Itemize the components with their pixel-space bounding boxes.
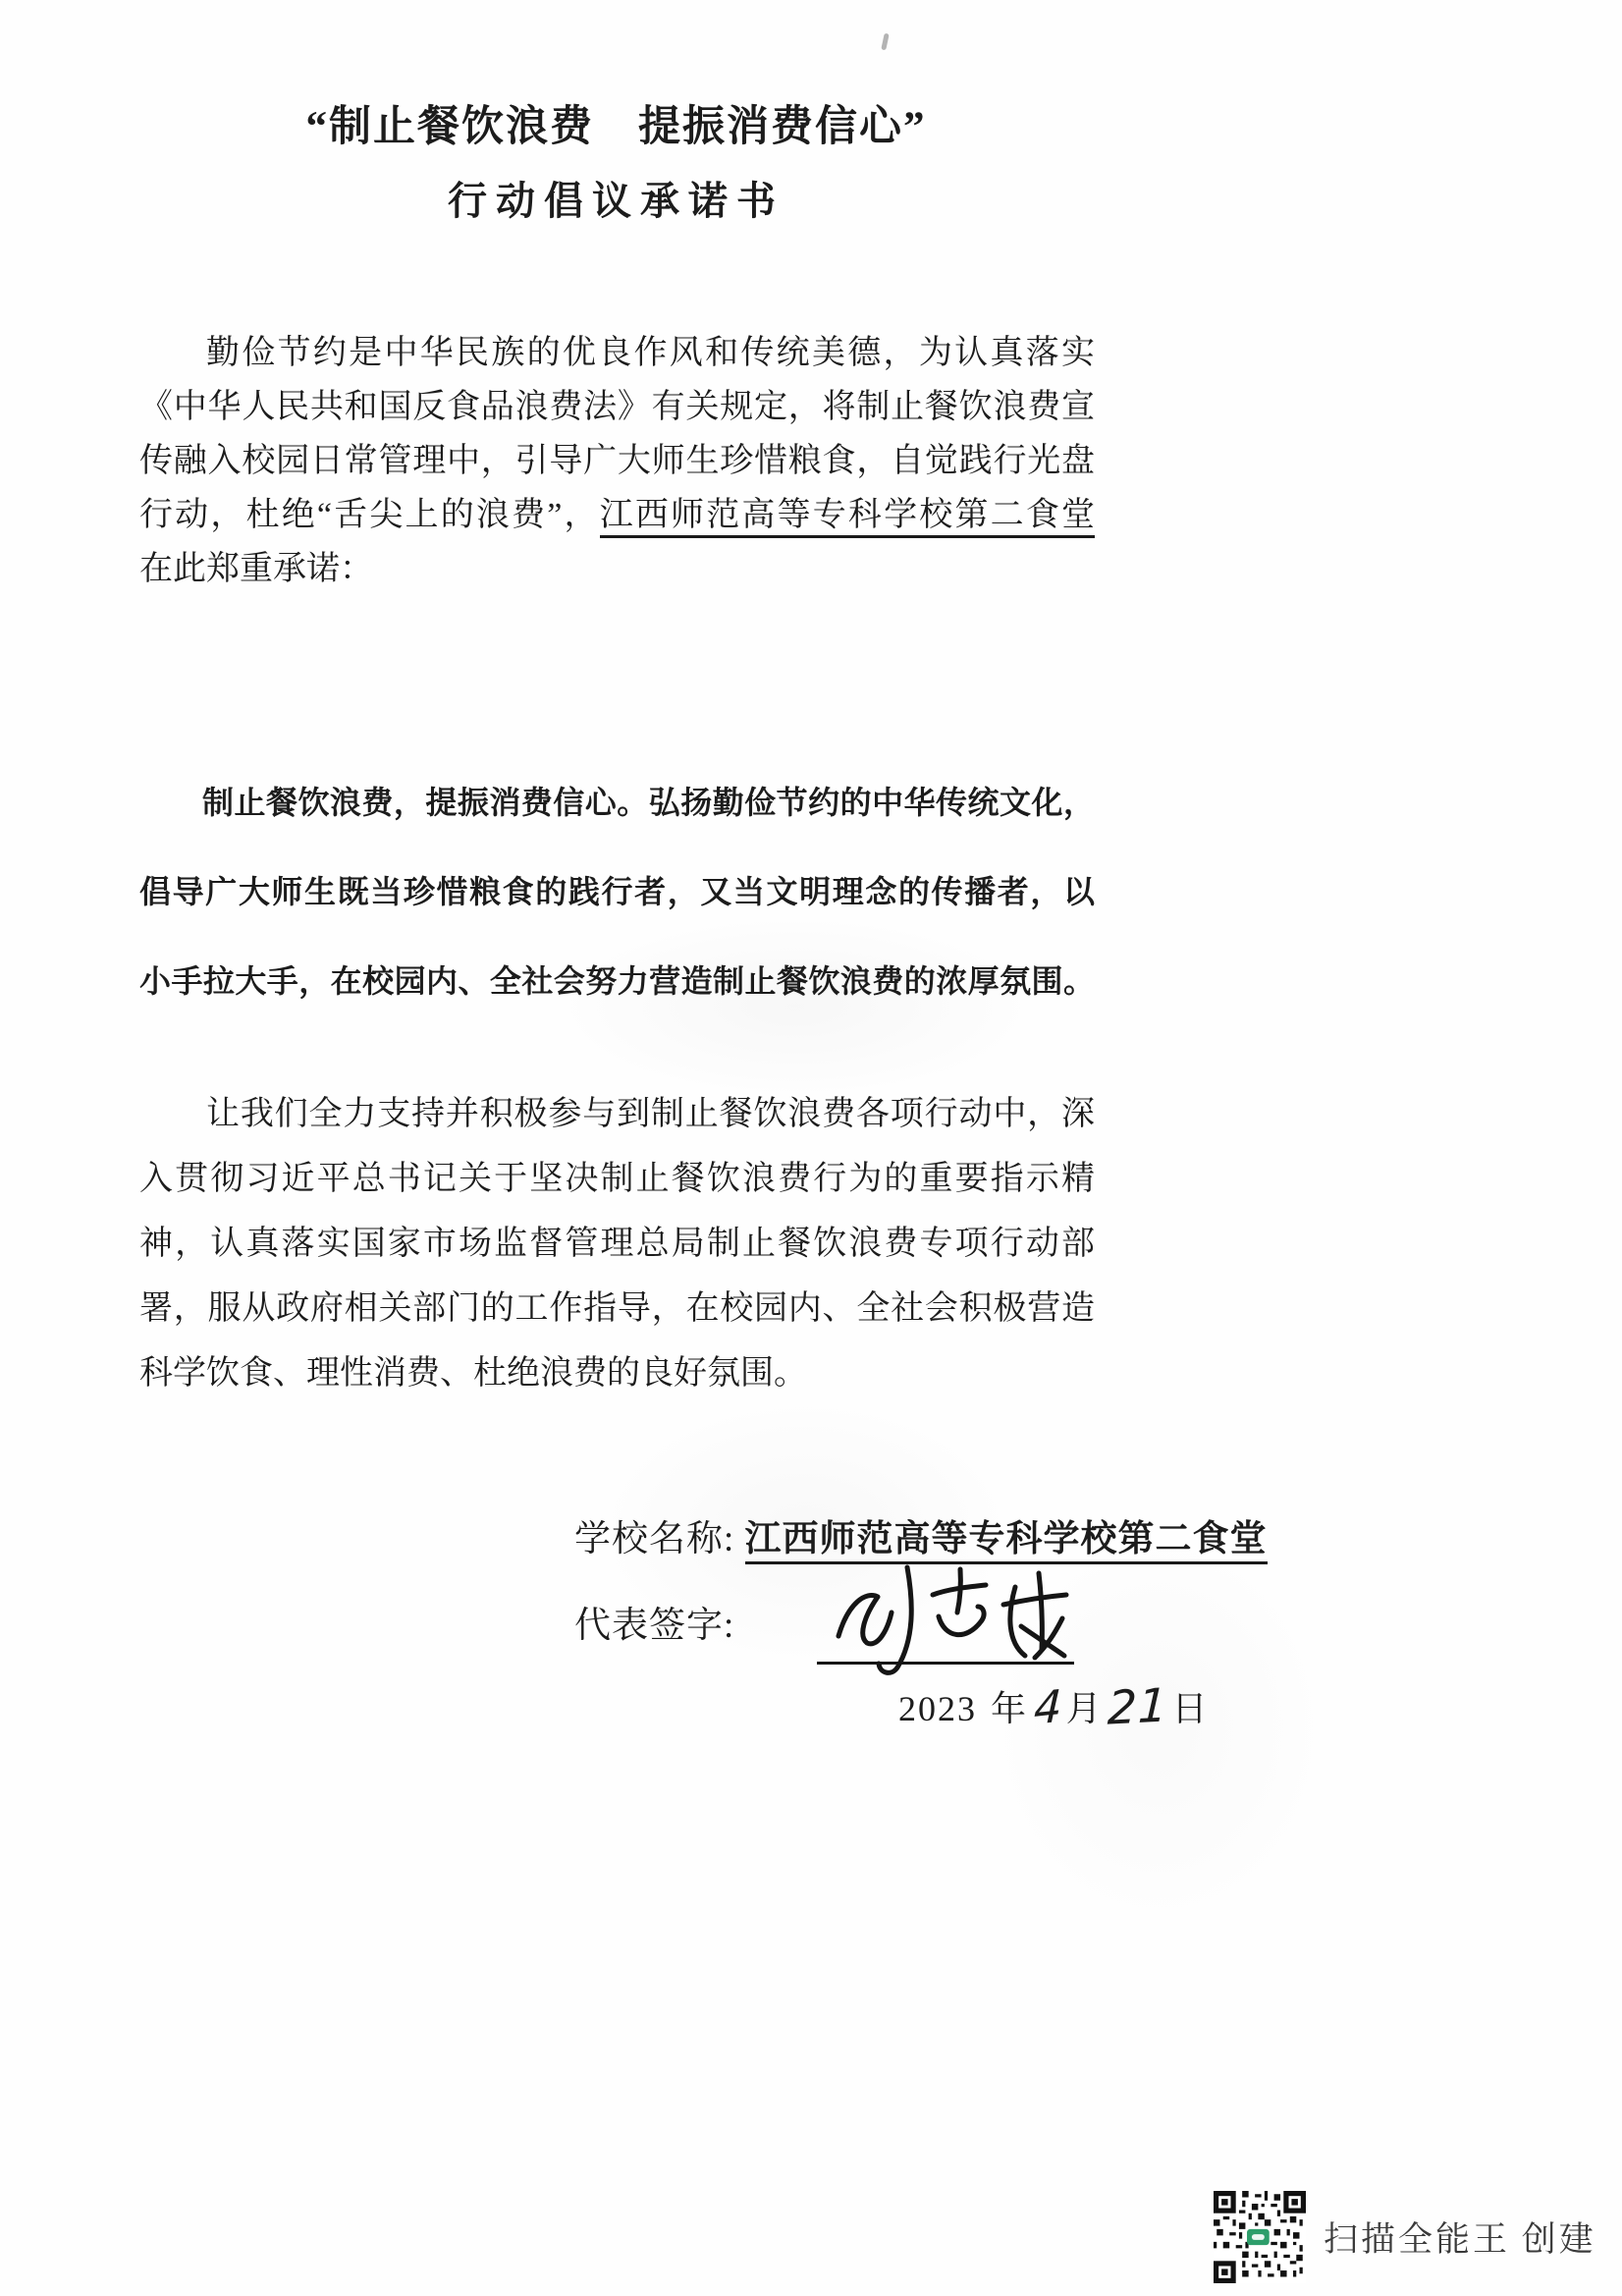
paragraph-lines: 让我们全力支持并积极参与到制止餐饮浪费各项行动中，深入贯彻习近平总书记关于坚决制…	[139, 1082, 1095, 1406]
school-name-value: 江西师范高等专科学校第二食堂	[745, 1519, 1268, 1564]
scanner-footer: 扫描全能王 创建	[1214, 2190, 1596, 2284]
date-month-handwritten: 4	[1033, 1683, 1064, 1731]
scanned-document-page: “制止餐饮浪费 提振消费信心” 行动倡议承诺书 勤俭节约是中华民族的优良作风和传…	[0, 0, 1622, 2296]
text-line: 行动，杜绝“舌尖上的浪费”，江西师范高等专科学校第二食堂	[139, 488, 1095, 542]
text-line: 神，认真落实国家市场监督管理总局制止餐饮浪费专项行动部	[139, 1212, 1095, 1277]
signature-handwriting	[823, 1559, 1088, 1679]
date-year-unit: 年	[991, 1689, 1028, 1728]
paragraph-pledge-1: 制止餐饮浪费，提振消费信心。弘扬勤俭节约的中华传统文化，倡导广大师生既当珍惜粮食…	[139, 758, 1095, 1026]
paragraph-lines: 制止餐饮浪费，提振消费信心。弘扬勤俭节约的中华传统文化，倡导广大师生既当珍惜粮食…	[139, 758, 1095, 1026]
school-name-row: 学校名称: 江西师范高等专科学校第二食堂	[574, 1514, 1268, 1565]
signature-label: 代表签字:	[574, 1606, 734, 1646]
scanner-credit-text: 扫描全能王 创建	[1324, 2213, 1596, 2262]
text-line: 小手拉大手，在校园内、全社会努力营造制止餐饮浪费的浓厚氛围。	[139, 937, 1095, 1026]
paragraph-opening: 勤俭节约是中华民族的优良作风和传统美德，为认真落实《中华人民共和国反食品浪费法》…	[139, 326, 1095, 596]
text-line: 倡导广大师生既当珍惜粮食的践行者，又当文明理念的传播者，以	[139, 847, 1095, 937]
text-line: 制止餐饮浪费，提振消费信心。弘扬勤俭节约的中华传统文化，	[139, 758, 1095, 847]
text-line: 科学饮食、理性消费、杜绝浪费的良好氛围。	[139, 1341, 1095, 1406]
representative-signature-row: 代表签字:	[574, 1601, 734, 1652]
school-name-underlined: 江西师范高等专科学校第二食堂	[600, 497, 1095, 538]
line-text: 行动，杜绝“舌尖上的浪费”，	[139, 497, 600, 533]
text-line: 让我们全力支持并积极参与到制止餐饮浪费各项行动中，深	[139, 1082, 1095, 1147]
paragraph-lines: 勤俭节约是中华民族的优良作风和传统美德，为认真落实《中华人民共和国反食品浪费法》…	[139, 326, 1095, 488]
document-subtitle: 行动倡议承诺书	[137, 173, 1095, 230]
text-line: 署，服从政府相关部门的工作指导，在校园内、全社会积极营造	[139, 1277, 1095, 1341]
paragraph-pledge-2: 让我们全力支持并积极参与到制止餐饮浪费各项行动中，深入贯彻习近平总书记关于坚决制…	[139, 1082, 1095, 1406]
text-line: 传融入校园日常管理中，引导广大师生珍惜粮食，自觉践行光盘	[139, 434, 1095, 488]
school-name-label: 学校名称:	[574, 1519, 734, 1559]
document-title: “制止餐饮浪费 提振消费信心”	[137, 98, 1095, 157]
date-day-unit: 日	[1171, 1689, 1209, 1728]
scan-speck	[881, 33, 889, 51]
text-line: 勤俭节约是中华民族的优良作风和传统美德，为认真落实	[139, 326, 1095, 380]
text-line: 入贯彻习近平总书记关于坚决制止餐饮浪费行为的重要指示精	[139, 1147, 1095, 1212]
date-day-handwritten: 21	[1107, 1683, 1168, 1730]
text-line: 在此郑重承诺：	[139, 542, 1095, 596]
date-row: 2023年4月21日	[898, 1681, 1210, 1736]
date-year: 2023	[898, 1689, 977, 1728]
qr-code	[1214, 2191, 1306, 2283]
date-month-unit: 月	[1066, 1689, 1104, 1728]
text-line: 《中华人民共和国反食品浪费法》有关规定，将制止餐饮浪费宣	[139, 380, 1095, 434]
